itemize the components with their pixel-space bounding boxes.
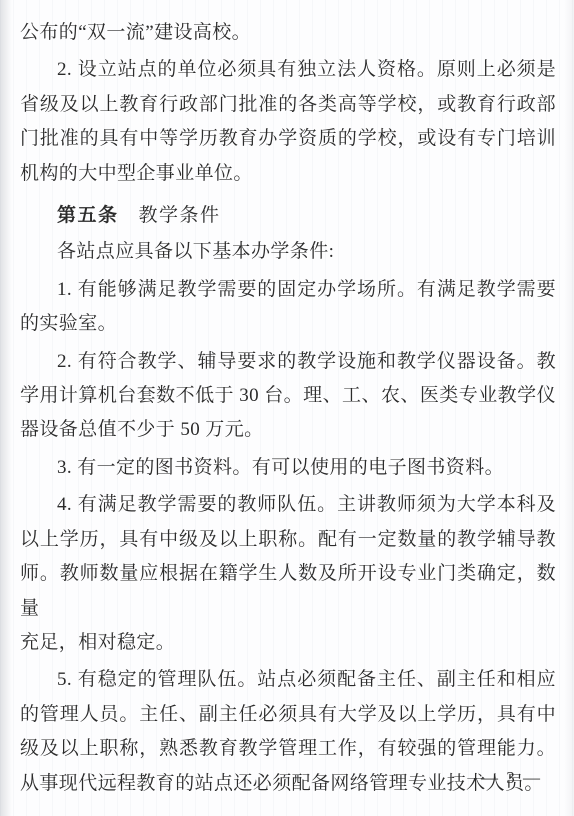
text-line: 充足，相对稳定。: [20, 626, 556, 660]
paragraph-item-2-unit-qualification: 2. 设立站点的单位必须具有独立法人资格。原则上必须是 省级及以上教育行政部门批…: [20, 53, 556, 191]
paragraph-condition-3-books: 3. 有一定的图书资料。有可以使用的电子图书资料。: [20, 451, 556, 485]
text-line: 2. 设立站点的单位必须具有独立法人资格。原则上必须是: [20, 53, 556, 87]
text-line: 级及以上职称，熟悉教育教学管理工作，有较强的管理能力。: [20, 732, 556, 766]
text-line: 3. 有一定的图书资料。有可以使用的电子图书资料。: [20, 451, 556, 485]
text-line: 从事现代远程教育的站点还必须配备网络管理专业技术人员。: [20, 767, 556, 801]
paragraph-condition-1-premises: 1. 有能够满足教学需要的固定办学场所。有满足教学需要 的实验室。: [20, 273, 556, 342]
paragraph-continuation: 公布的“双一流”建设高校。: [20, 16, 556, 50]
paragraph-condition-4-teachers: 4. 有满足教学需要的教师队伍。主讲教师须为大学本科及 以上学历，具有中级及以上…: [20, 488, 556, 660]
section-heading-line: 第五条教学条件: [20, 199, 556, 233]
text-line: 机构的大中型企事业单位。: [20, 157, 556, 191]
text-line: 1. 有能够满足教学需要的固定办学场所。有满足教学需要: [20, 273, 556, 307]
text-line: 学用计算机台套数不低于 30 台。理、工、农、医类专业教学仪: [20, 379, 556, 413]
document-body: 公布的“双一流”建设高校。 2. 设立站点的单位必须具有独立法人资格。原则上必须…: [20, 16, 556, 801]
text-line: 2. 有符合教学、辅导要求的教学设施和教学仪器设备。教: [20, 345, 556, 379]
text-line: 以上学历，具有中级及以上职称。配有一定数量的教学辅导教: [20, 523, 556, 557]
page-number: — 3 —: [481, 768, 542, 788]
section-title-label: 教学条件: [139, 205, 221, 226]
text-line: 4. 有满足教学需要的教师队伍。主讲教师须为大学本科及: [20, 488, 556, 522]
text-line: 省级及以上教育行政部门批准的各类高等学校，或教育行政部: [20, 88, 556, 122]
section-heading-article-5: 第五条教学条件: [20, 199, 556, 233]
text-line: 师。教师数量应根据在籍学生人数及所开设专业门类确定，数量: [20, 557, 556, 626]
section-number-label: 第五条: [57, 205, 119, 226]
text-line: 公布的“双一流”建设高校。: [20, 16, 556, 50]
text-line: 的实验室。: [20, 307, 556, 341]
text-line: 门批准的具有中等学历教育办学资质的学校，或设有专门培训: [20, 122, 556, 156]
paragraph-condition-5-management: 5. 有稳定的管理队伍。站点必须配备主任、副主任和相应 的管理人员。主任、副主任…: [20, 663, 556, 801]
document-page: 公布的“双一流”建设高校。 2. 设立站点的单位必须具有独立法人资格。原则上必须…: [0, 0, 574, 816]
text-line: 各站点应具备以下基本办学条件:: [20, 235, 556, 269]
text-line: 器设备总值不少于 50 万元。: [20, 413, 556, 447]
paragraph-intro-conditions: 各站点应具备以下基本办学条件:: [20, 235, 556, 269]
text-line: 的管理人员。主任、副主任必须具有大学及以上学历，具有中: [20, 698, 556, 732]
paragraph-condition-2-equipment: 2. 有符合教学、辅导要求的教学设施和教学仪器设备。教 学用计算机台套数不低于 …: [20, 345, 556, 448]
text-line: 5. 有稳定的管理队伍。站点必须配备主任、副主任和相应: [20, 663, 556, 697]
